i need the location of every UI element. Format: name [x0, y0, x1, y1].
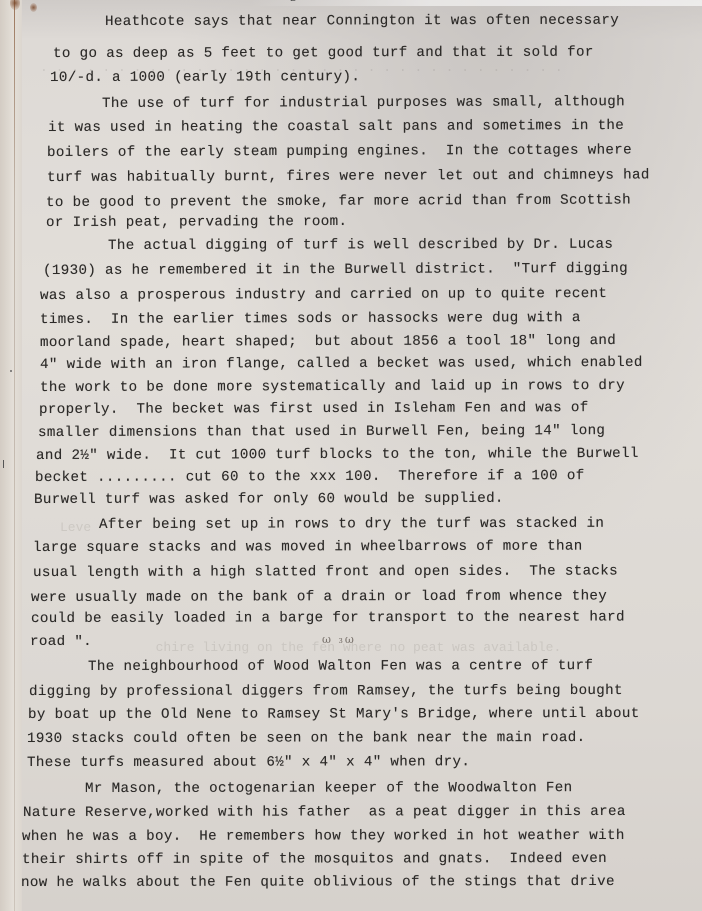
text-line: digging by professional diggers from Ram… — [29, 683, 623, 700]
text-line: their shirts off in spite of the mosquit… — [22, 851, 607, 868]
text-line: boilers of the early steam pumping engin… — [47, 142, 632, 161]
text-line: when he was a boy. He remembers how they… — [22, 828, 625, 845]
text-line: The use of turf for industrial purposes … — [102, 94, 625, 112]
document-page: 2 . . . . . . . . . . . . . . . . . . . … — [0, 0, 702, 911]
text-line: could be easily loaded in a barge for tr… — [31, 609, 625, 627]
handwritten-annotation: ω ₃ω — [322, 633, 356, 646]
text-line: becket ......... cut 60 to the xxx 100. … — [35, 468, 585, 486]
text-line: 10/-d. a 1000 (early 19th century). — [50, 69, 360, 86]
typewritten-body: Heathcote says that near Connington it w… — [0, 0, 702, 911]
text-line: 4" wide with an iron flange, called a be… — [40, 355, 643, 373]
text-line: road ". — [30, 634, 92, 650]
text-line: large square stacks and was moved in whe… — [33, 539, 583, 556]
text-line: by boat up the Old Nene to Ramsey St Mar… — [28, 706, 640, 723]
text-line: the work to be done more systematically … — [40, 378, 625, 396]
text-line: Mr Mason, the octogenarian keeper of the… — [85, 780, 573, 797]
text-line: times. In the earlier times sods or hass… — [40, 310, 581, 328]
text-line: properly. The becket was first used in I… — [39, 400, 589, 418]
text-line: to go as deep as 5 feet to get good turf… — [53, 45, 594, 62]
text-line: now he walks about the Fen quite oblivio… — [21, 874, 615, 891]
text-line: and 2½" wide. It cut 1000 turf blocks to… — [36, 446, 639, 464]
text-line: Burwell turf was asked for only 60 would… — [34, 491, 504, 508]
text-line: turf was habitually burnt, fires were ne… — [47, 167, 650, 186]
text-line: Nature Reserve,worked with his father as… — [23, 804, 626, 821]
text-line: These turfs measured about 6½" x 4" x 4"… — [27, 754, 470, 771]
text-line: The actual digging of turf is well descr… — [108, 237, 613, 254]
text-line: 1930 stacks could often be seen on the b… — [27, 730, 585, 747]
text-line: smaller dimensions than that used in Bur… — [38, 423, 605, 441]
text-line: was also a prosperous industry and carri… — [40, 286, 607, 304]
text-line: moorland spade, heart shaped; but about … — [40, 333, 616, 351]
text-line: usual length with a high slatted front a… — [33, 563, 618, 581]
text-line: After being set up in rows to dry the tu… — [99, 516, 604, 533]
text-line: The neighbourhood of Wood Walton Fen was… — [88, 658, 593, 675]
text-line: (1930) as he remembered it in the Burwel… — [43, 261, 628, 279]
text-line: Heathcote says that near Connington it w… — [105, 13, 619, 30]
text-line: to be good to prevent the smoke, far mor… — [46, 192, 631, 211]
text-line: or Irish peat, pervading the room. — [46, 214, 347, 231]
text-line: were usually made on the bank of a drain… — [31, 588, 607, 606]
text-line: it was used in heating the coastal salt … — [48, 118, 624, 136]
